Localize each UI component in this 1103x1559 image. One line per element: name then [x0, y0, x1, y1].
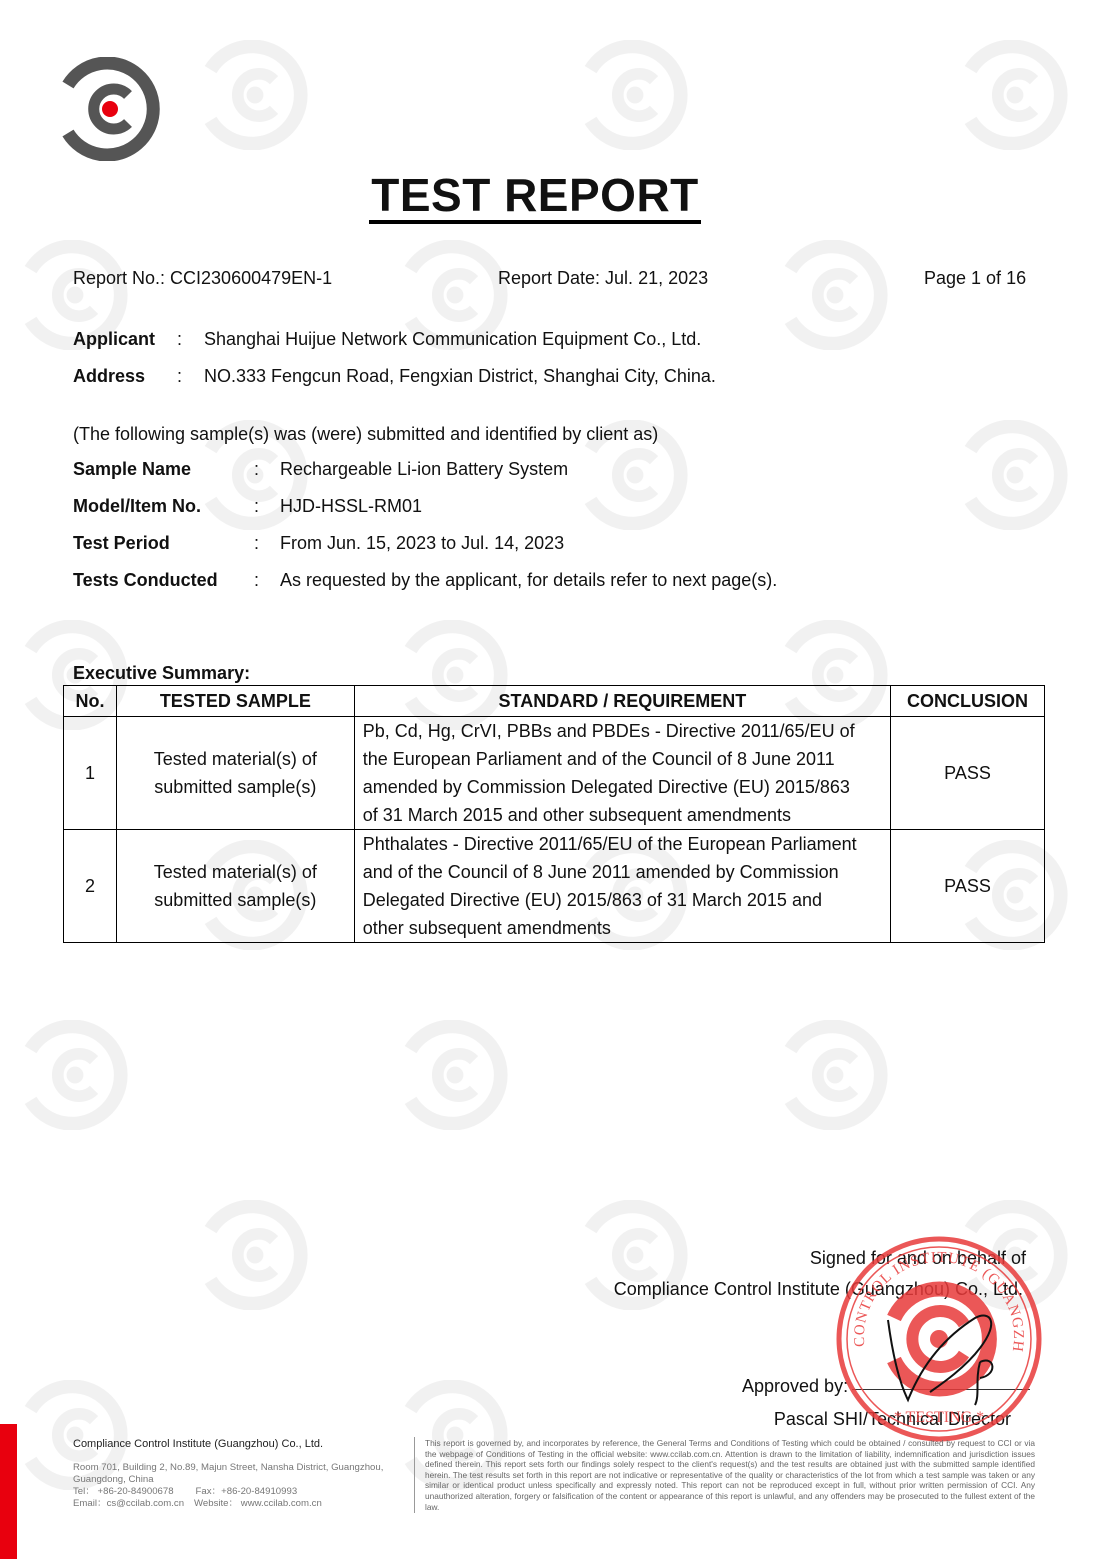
- separator: :: [254, 570, 259, 591]
- address-value: NO.333 Fengcun Road, Fengxian District, …: [204, 366, 716, 387]
- field-label: Model/Item No.: [73, 496, 201, 517]
- table-row: 2Tested material(s) ofsubmitted sample(s…: [64, 830, 1045, 943]
- watermark-logo-icon: [780, 1020, 890, 1130]
- tested-sample-cell: Tested material(s) ofsubmitted sample(s): [116, 717, 354, 830]
- separator: :: [177, 366, 182, 387]
- column-header-no: No.: [64, 686, 117, 717]
- footer-address-line2: Guangdong, China: [73, 1474, 383, 1486]
- column-header-conclusion: CONCLUSION: [891, 686, 1045, 717]
- field-value: As requested by the applicant, for detai…: [280, 570, 777, 591]
- row-number: 1: [64, 717, 117, 830]
- standard-line: Pb, Cd, Hg, CrVI, PBBs and PBDEs - Direc…: [363, 717, 882, 745]
- brand-red-bar: [0, 1424, 17, 1559]
- cci-logo-icon: [60, 57, 160, 161]
- footer-website: Website： www.ccilab.com.cn: [194, 1498, 322, 1509]
- watermark-logo-icon: [400, 1020, 510, 1130]
- conclusion-cell: PASS: [891, 830, 1045, 943]
- table-header-row: No. TESTED SAMPLE STANDARD / REQUIREMENT…: [64, 686, 1045, 717]
- standard-line: the European Parliament and of the Counc…: [363, 745, 882, 773]
- watermark-logo-icon: [200, 40, 310, 150]
- standard-line: amended by Commission Delegated Directiv…: [363, 773, 882, 801]
- conclusion-cell: PASS: [891, 717, 1045, 830]
- field-value: Rechargeable Li-ion Battery System: [280, 459, 568, 480]
- footer-company: Compliance Control Institute (Guangzhou)…: [73, 1438, 323, 1450]
- footer-divider: [414, 1437, 415, 1513]
- watermark-logo-icon: [200, 1200, 310, 1310]
- standard-line: Phthalates - Directive 2011/65/EU of the…: [363, 830, 882, 858]
- column-header-tested-sample: TESTED SAMPLE: [116, 686, 354, 717]
- watermark-logo-icon: [960, 40, 1070, 150]
- separator: :: [254, 459, 259, 480]
- watermark-logo-icon: [580, 40, 690, 150]
- watermark-logo-icon: [960, 420, 1070, 530]
- field-label: Tests Conducted: [73, 570, 218, 591]
- handwritten-signature: [880, 1300, 1010, 1410]
- standard-line: and of the Council of 8 June 2011 amende…: [363, 858, 882, 886]
- tested-sample-cell: Tested material(s) ofsubmitted sample(s): [116, 830, 354, 943]
- field-value: HJD-HSSL-RM01: [280, 496, 422, 517]
- page-title: TEST REPORT: [0, 168, 1070, 224]
- separator: :: [254, 496, 259, 517]
- footer-address-line1: Room 701, Building 2, No.89, Majun Stree…: [73, 1462, 383, 1474]
- stamp-text-bottom: * TESTING *: [894, 1409, 984, 1426]
- report-date: Report Date: Jul. 21, 2023: [498, 268, 708, 289]
- table-row: 1Tested material(s) ofsubmitted sample(s…: [64, 717, 1045, 830]
- standard-line: of 31 March 2015 and other subsequent am…: [363, 801, 882, 829]
- footer-fax: Fax：+86-20-84910993: [196, 1486, 298, 1497]
- footer-email: Email：cs@ccilab.com.cn: [73, 1498, 184, 1509]
- separator: :: [254, 533, 259, 554]
- separator: :: [177, 329, 182, 350]
- field-label: Test Period: [73, 533, 170, 554]
- field-value: From Jun. 15, 2023 to Jul. 14, 2023: [280, 533, 564, 554]
- field-label: Sample Name: [73, 459, 191, 480]
- executive-summary-table: No. TESTED SAMPLE STANDARD / REQUIREMENT…: [63, 685, 1045, 943]
- column-header-standard: STANDARD / REQUIREMENT: [354, 686, 890, 717]
- watermark-logo-icon: [780, 240, 890, 350]
- row-number: 2: [64, 830, 117, 943]
- report-number: Report No.: CCI230600479EN-1: [73, 268, 332, 289]
- applicant-value: Shanghai Huijue Network Communication Eq…: [204, 329, 701, 350]
- footer-disclaimer: This report is governed by, and incorpor…: [425, 1438, 1035, 1512]
- standard-cell: Phthalates - Directive 2011/65/EU of the…: [354, 830, 890, 943]
- standard-line: Delegated Directive (EU) 2015/863 of 31 …: [363, 886, 882, 914]
- address-label: Address: [73, 366, 145, 387]
- executive-summary-heading: Executive Summary:: [73, 663, 250, 684]
- watermark-logo-icon: [20, 1020, 130, 1130]
- applicant-label: Applicant: [73, 329, 155, 350]
- standard-line: other subsequent amendments: [363, 914, 882, 942]
- page-number: Page 1 of 16: [924, 268, 1026, 289]
- sample-intro: (The following sample(s) was (were) subm…: [73, 424, 658, 445]
- footer-tel: Tel： +86-20-84900678: [73, 1486, 174, 1497]
- approved-by-label: Approved by:: [742, 1376, 848, 1397]
- standard-cell: Pb, Cd, Hg, CrVI, PBBs and PBDEs - Direc…: [354, 717, 890, 830]
- footer-contact: Room 701, Building 2, No.89, Majun Stree…: [73, 1462, 383, 1510]
